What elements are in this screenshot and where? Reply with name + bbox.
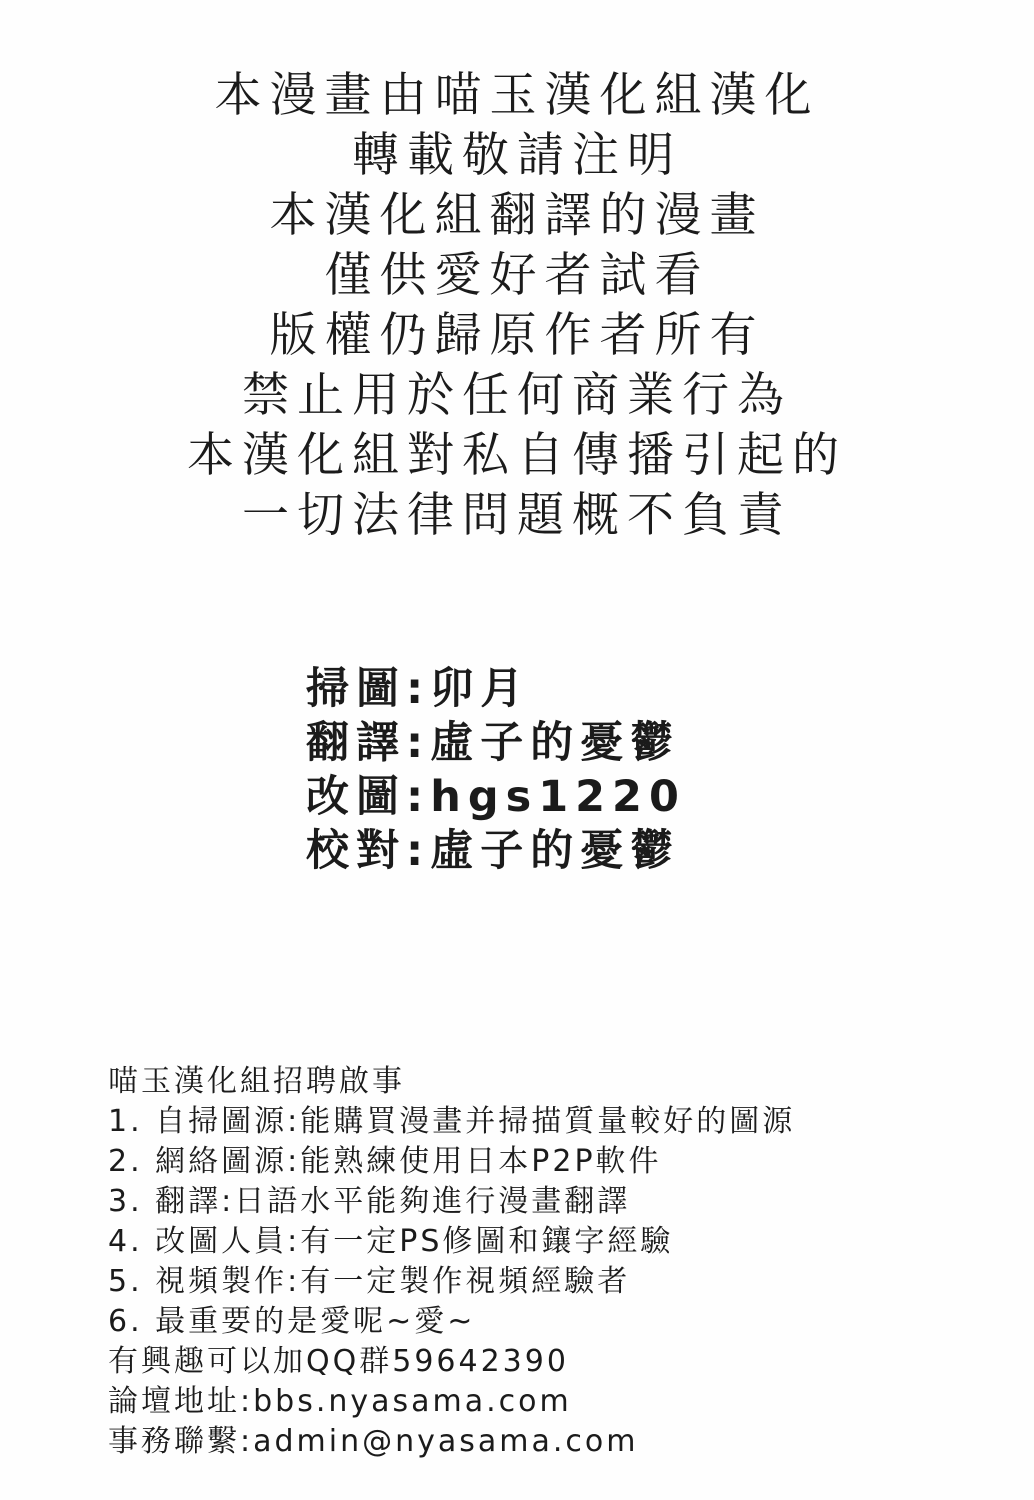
disclaimer-line: 本漫畫由喵玉漢化組漢化: [0, 66, 1034, 126]
disclaimer-line: 本漢化組翻譯的漫畫: [0, 186, 1034, 246]
credit-label: 掃圖: [306, 664, 406, 714]
credit-row-translation: 翻譯:虛子的憂鬱: [306, 716, 686, 770]
credit-value: 卯月: [430, 664, 530, 714]
credit-row-proofreading: 校對:虛子的憂鬱: [306, 824, 686, 878]
recruitment-item: 4. 改圖人員:有一定PS修圖和鑲字經驗: [108, 1222, 795, 1262]
scanned-credits-page: 本漫畫由喵玉漢化組漢化 轉載敬請注明 本漢化組翻譯的漫畫 僅供愛好者試看 版權仍…: [0, 0, 1034, 1500]
contact-forum-line: 論壇地址:bbs.nyasama.com: [108, 1382, 795, 1422]
credits-block: 掃圖:卯月 翻譯:虛子的憂鬱 改圖:hgs1220 校對:虛子的憂鬱: [306, 662, 686, 878]
recruitment-item: 2. 網絡圖源:能熟練使用日本P2P軟件: [108, 1142, 795, 1182]
credit-separator: :: [406, 664, 430, 714]
credit-row-editing: 改圖:hgs1220: [306, 770, 686, 824]
credit-label: 校對: [306, 826, 406, 876]
recruitment-title: 喵玉漢化組招聘啟事: [108, 1062, 795, 1102]
credit-value: 虛子的憂鬱: [430, 718, 680, 768]
credit-separator: :: [406, 772, 430, 822]
contact-email-line: 事務聯繫:admin@nyasama.com: [108, 1422, 795, 1462]
credit-value: hgs1220: [430, 772, 686, 822]
credit-separator: :: [406, 826, 430, 876]
recruitment-item: 1. 自掃圖源:能購買漫畫并掃描質量較好的圖源: [108, 1102, 795, 1142]
credit-value: 虛子的憂鬱: [430, 826, 680, 876]
disclaimer-line: 轉載敬請注明: [0, 126, 1034, 186]
recruitment-item: 3. 翻譯:日語水平能夠進行漫畫翻譯: [108, 1182, 795, 1222]
credit-row-scan: 掃圖:卯月: [306, 662, 686, 716]
disclaimer-line: 版權仍歸原作者所有: [0, 306, 1034, 366]
contact-qq-line: 有興趣可以加QQ群59642390: [108, 1342, 795, 1382]
disclaimer-line: 禁止用於任何商業行為: [0, 366, 1034, 426]
disclaimer-block: 本漫畫由喵玉漢化組漢化 轉載敬請注明 本漢化組翻譯的漫畫 僅供愛好者試看 版權仍…: [0, 66, 1034, 546]
recruitment-item: 6. 最重要的是愛呢~愛~: [108, 1302, 795, 1342]
credit-label: 翻譯: [306, 718, 406, 768]
recruitment-item: 5. 視頻製作:有一定製作視頻經驗者: [108, 1262, 795, 1302]
credit-separator: :: [406, 718, 430, 768]
disclaimer-line: 僅供愛好者試看: [0, 246, 1034, 306]
disclaimer-line: 本漢化組對私自傳播引起的: [0, 426, 1034, 486]
recruitment-block: 喵玉漢化組招聘啟事 1. 自掃圖源:能購買漫畫并掃描質量較好的圖源 2. 網絡圖…: [108, 1062, 795, 1462]
disclaimer-line: 一切法律問題概不負責: [0, 486, 1034, 546]
credit-label: 改圖: [306, 772, 406, 822]
